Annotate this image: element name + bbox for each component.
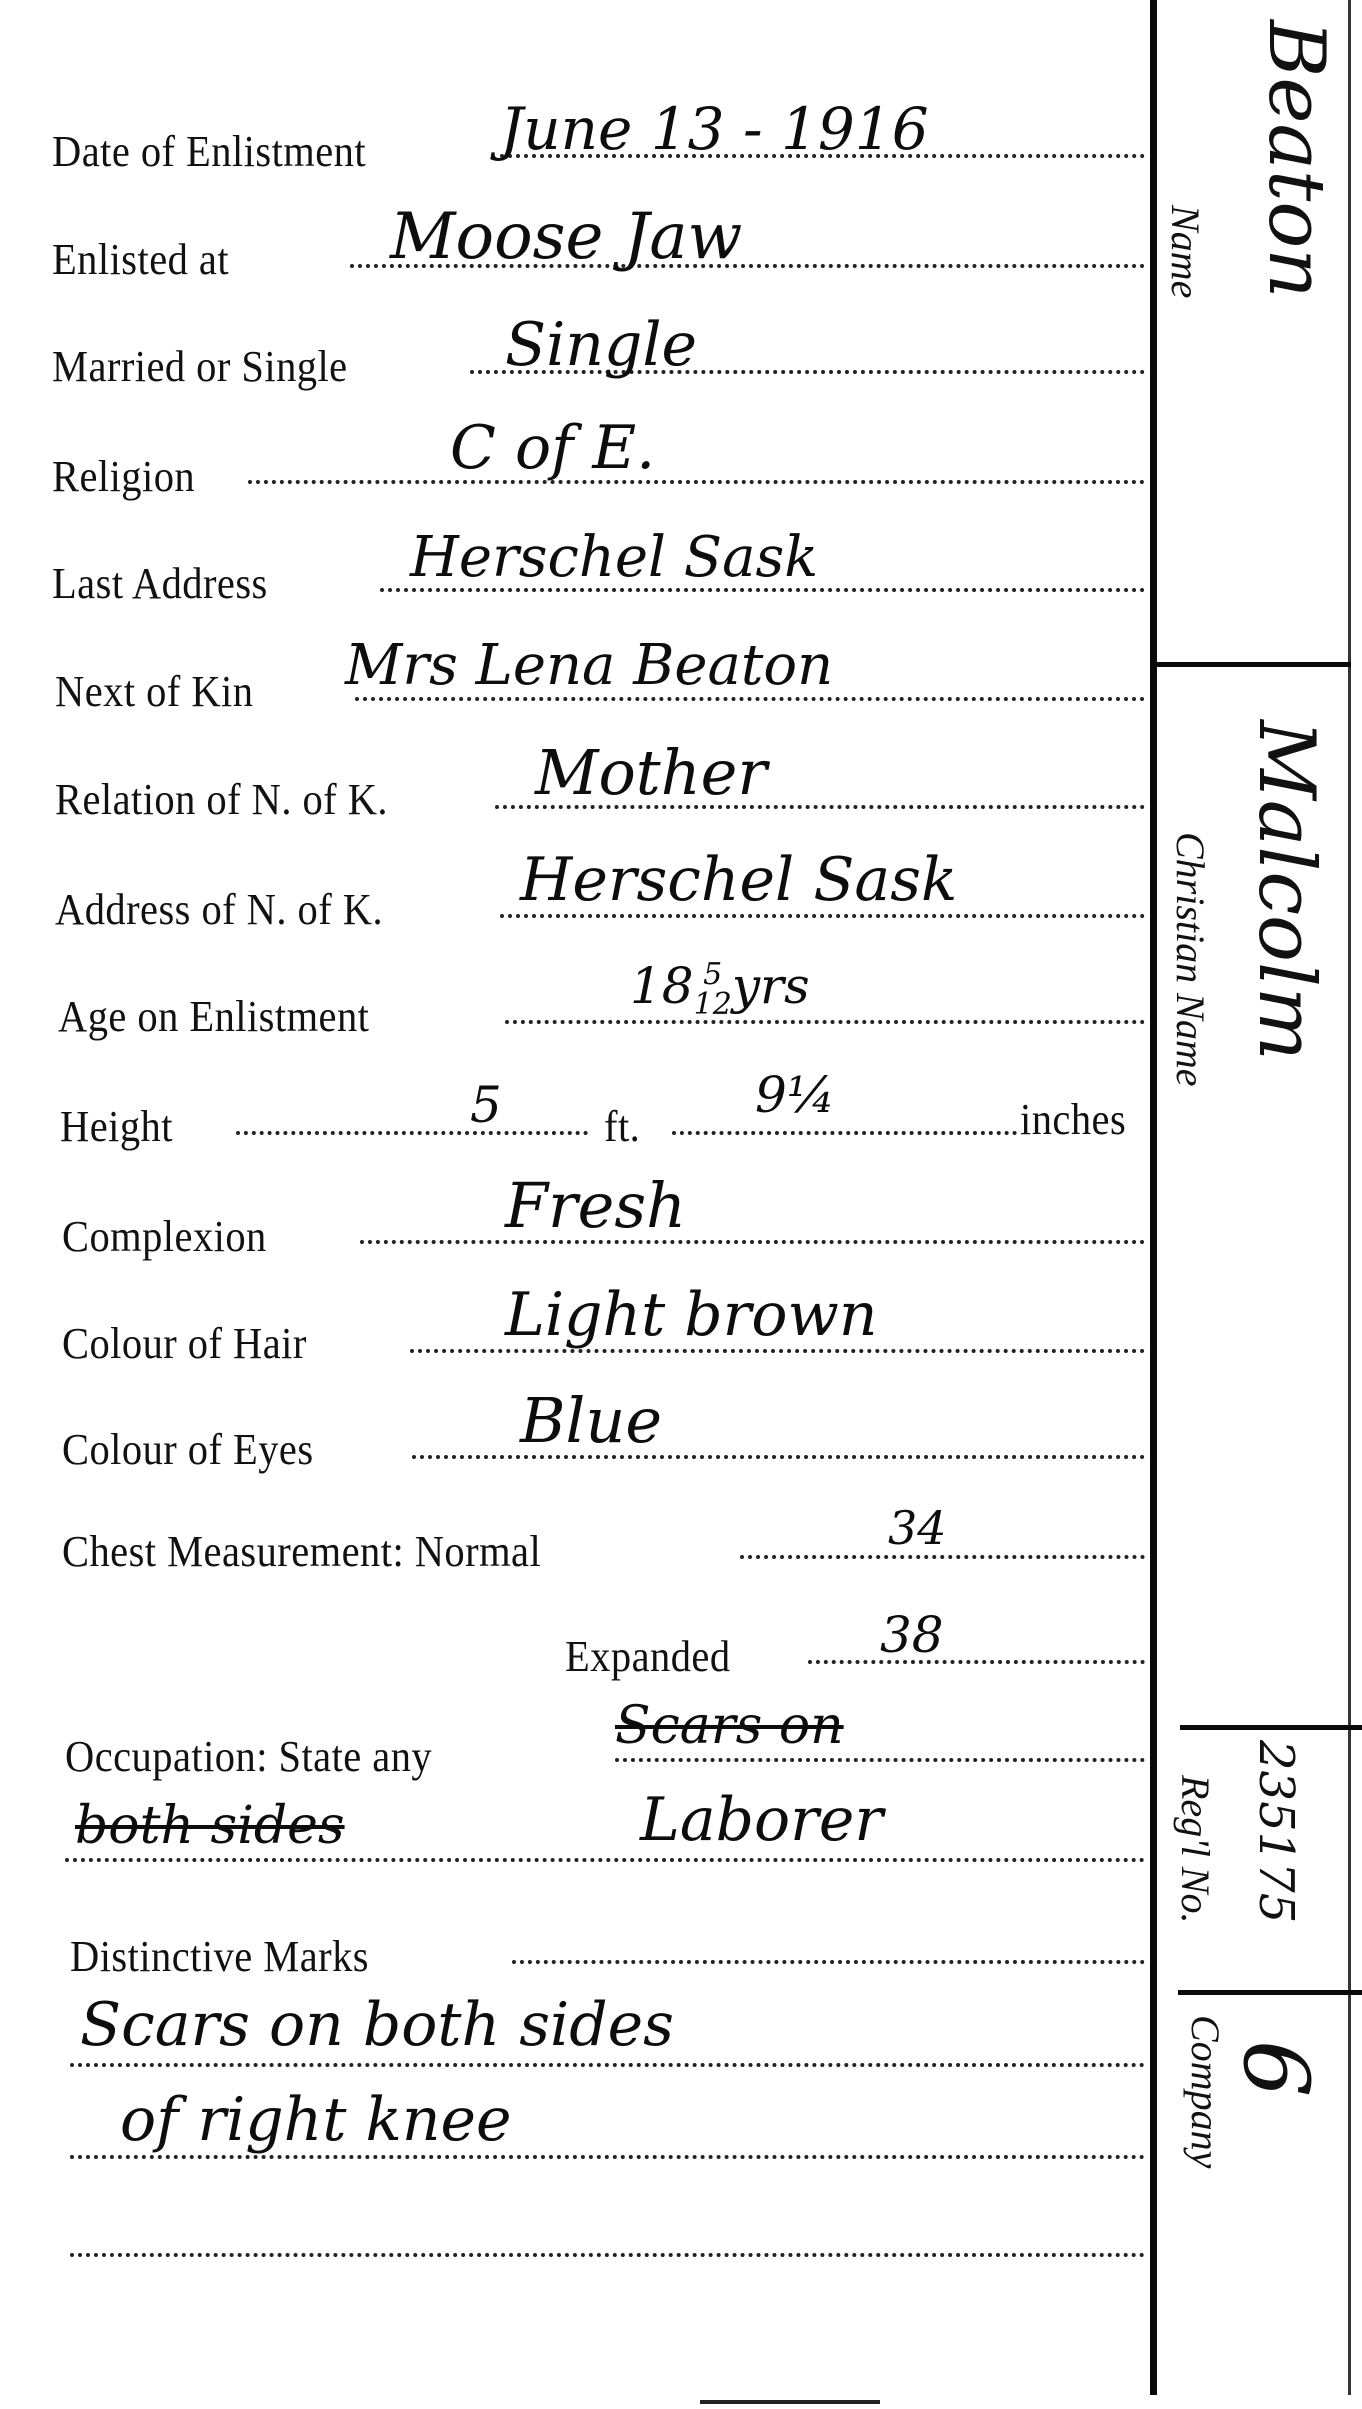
occupation-value[interactable]: Laborer (640, 1790, 883, 1850)
last-address-value[interactable]: Herschel Sask (410, 530, 818, 586)
colour-of-hair-value[interactable]: Light brown (505, 1285, 877, 1345)
age-fraction-denominator: 12 (694, 990, 732, 1020)
next-of-kin-label: Next of Kin (55, 670, 253, 714)
distinctive-marks-line-1-value[interactable]: Scars on both sides (80, 1995, 674, 2055)
company-value[interactable]: 6 (1230, 2040, 1320, 2097)
occupation-struck-text-2: both sides (75, 1800, 345, 1852)
christian-name-value[interactable]: Malcolm (1247, 720, 1325, 1061)
sidebar-divider-3 (1178, 1990, 1362, 1995)
height-feet-line (236, 1131, 588, 1135)
colour-of-hair-label: Colour of Hair (62, 1322, 307, 1366)
distinctive-marks-label: Distinctive Marks (70, 1935, 369, 1979)
bottom-edge-mark (700, 2400, 880, 2404)
chest-normal-label: Chest Measurement: Normal (62, 1530, 541, 1574)
relation-of-nok-label: Relation of N. of K. (55, 778, 388, 822)
christian-name-label: Christian Name (1170, 832, 1210, 1086)
age-on-enlistment-label: Age on Enlistment (58, 995, 369, 1039)
height-inches-line (672, 1131, 1017, 1135)
address-of-nok-label: Address of N. of K. (55, 888, 383, 932)
age-years: 18 (630, 957, 694, 1015)
regl-no-label: Reg'l No. (1175, 1775, 1215, 1924)
occupation-line-1 (615, 1758, 1145, 1762)
age-on-enlistment-value[interactable]: 18512yrs (630, 960, 810, 1020)
distinctive-marks-line-0 (512, 1960, 1145, 1964)
height-inches-value[interactable]: 9¼ (755, 1070, 835, 1120)
relation-of-nok-value[interactable]: Mother (535, 742, 767, 804)
complexion-label: Complexion (62, 1215, 267, 1259)
chest-expanded-label: Expanded (565, 1635, 731, 1679)
name-label: Name (1165, 205, 1205, 298)
religion-label: Religion (52, 455, 195, 499)
distinctive-marks-line-3 (70, 2253, 1145, 2257)
sidebar-right-border (1348, 0, 1351, 2395)
next-of-kin-value[interactable]: Mrs Lena Beaton (345, 638, 833, 694)
colour-of-eyes-value[interactable]: Blue (520, 1390, 662, 1452)
sidebar-divider-1 (1157, 662, 1351, 667)
married-or-single-value[interactable]: Single (505, 315, 697, 375)
enlisted-at-value[interactable]: Moose Jaw (390, 205, 742, 269)
address-of-nok-value[interactable]: Herschel Sask (520, 850, 957, 910)
height-label: Height (60, 1105, 173, 1149)
chest-normal-line (740, 1555, 1145, 1559)
religion-line (248, 480, 1145, 484)
height-feet-value[interactable]: 5 (470, 1080, 502, 1130)
married-or-single-label: Married or Single (52, 345, 348, 389)
age-on-enlistment-line (505, 1020, 1145, 1024)
date-of-enlistment-label: Date of Enlistment (52, 130, 366, 174)
age-fraction-numerator: 5 (694, 960, 732, 990)
date-of-enlistment-value[interactable]: June 13 - 1916 (500, 100, 929, 158)
age-unit: yrs (732, 957, 810, 1015)
chest-normal-value[interactable]: 34 (888, 1505, 947, 1551)
occupation-line-2 (65, 1858, 1145, 1862)
sidebar-left-border (1150, 0, 1157, 2395)
religion-value[interactable]: C of E. (450, 418, 655, 478)
chest-expanded-line (808, 1660, 1145, 1664)
sidebar-divider-2 (1180, 1725, 1362, 1730)
chest-expanded-value[interactable]: 38 (880, 1610, 944, 1660)
height-feet-unit: ft. (604, 1105, 640, 1149)
company-label: Company (1185, 2015, 1225, 2168)
enlisted-at-label: Enlisted at (52, 238, 229, 282)
height-inches-unit: inches (1020, 1098, 1126, 1142)
distinctive-marks-line-2-value[interactable]: of right knee (120, 2090, 512, 2150)
regl-no-value[interactable]: 235175 (1252, 1740, 1300, 1923)
occupation-struck-text-1: Scars on (615, 1700, 844, 1752)
distinctive-marks-line-1 (70, 2063, 1145, 2067)
complexion-line (360, 1240, 1145, 1244)
distinctive-marks-line-2 (70, 2155, 1145, 2159)
occupation-label: Occupation: State any (65, 1735, 432, 1779)
last-address-label: Last Address (52, 562, 268, 606)
age-fraction: 512 (694, 960, 732, 1020)
name-value[interactable]: Beaton (1257, 20, 1335, 299)
colour-of-eyes-label: Colour of Eyes (62, 1428, 314, 1472)
complexion-value[interactable]: Fresh (505, 1175, 686, 1237)
